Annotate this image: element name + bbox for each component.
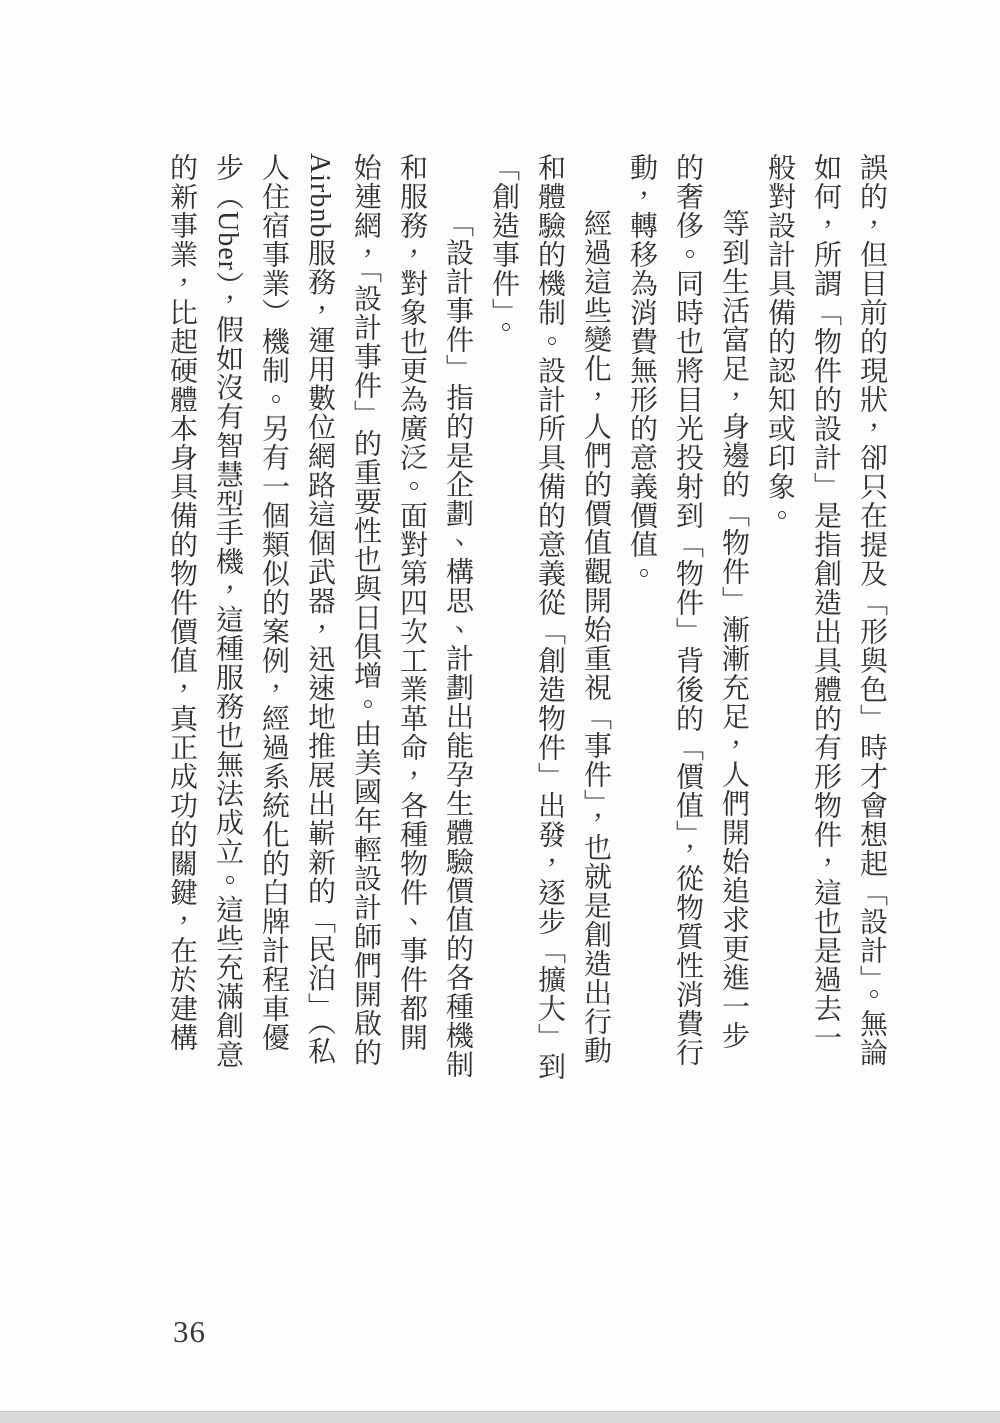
- text-column: 經過這些變化，人們的價值觀開始重視「事件」，也就是創造出行動: [572, 153, 618, 1058]
- text-column: 如何，所謂「物件的設計」是指創造出具體的有形物件，這也是過去一: [802, 153, 848, 1058]
- scan-edge-bar: [0, 1411, 1000, 1423]
- text-column: 般對設計具備的認知或印象。: [756, 153, 802, 1058]
- text-column: 的奢侈。同時也將目光投射到「物件」背後的「價值」，從物質性消費行: [664, 153, 710, 1058]
- text-column: 人住宿事業）機制。另有一個類似的案例，經過系統化的白牌計程車優: [250, 153, 296, 1058]
- text-column: 誤的，但目前的現狀，卻只在提及「形與色」時才會想起「設計」。無論: [848, 153, 894, 1058]
- text-column: 始連網，「設計事件」的重要性也與日俱增。由美國年輕設計師們開啟的: [342, 153, 388, 1058]
- text-column: 動，轉移為消費無形的意義價值。: [618, 153, 664, 1058]
- text-column: 「設計事件」指的是企劃、構思、計劃出能孕生體驗價值的各種機制: [434, 153, 480, 1058]
- text-column: 等到生活富足，身邊的「物件」漸漸充足，人們開始追求更進一步: [710, 153, 756, 1058]
- book-page: 誤的，但目前的現狀，卻只在提及「形與色」時才會想起「設計」。無論 如何，所謂「物…: [0, 0, 1000, 1423]
- vertical-text-block: 誤的，但目前的現狀，卻只在提及「形與色」時才會想起「設計」。無論 如何，所謂「物…: [152, 153, 894, 1058]
- page-number: 36: [173, 1314, 206, 1350]
- text-column: Airbnb服務，運用數位網路這個武器，迅速地推展出嶄新的「民泊」（私: [296, 153, 342, 1058]
- text-column: 的新事業，比起硬體本身具備的物件價值，真正成功的關鍵，在於建構: [158, 153, 204, 1058]
- text-column: 步（Uber），假如沒有智慧型手機，這種服務也無法成立。這些充滿創意: [204, 153, 250, 1058]
- text-column: 和服務，對象也更為廣泛。面對第四次工業革命，各種物件、事件都開: [388, 153, 434, 1058]
- text-column: 和體驗的機制。設計所具備的意義從「創造物件」出發，逐步「擴大」到: [526, 153, 572, 1058]
- text-column: 「創造事件」。: [480, 153, 526, 1058]
